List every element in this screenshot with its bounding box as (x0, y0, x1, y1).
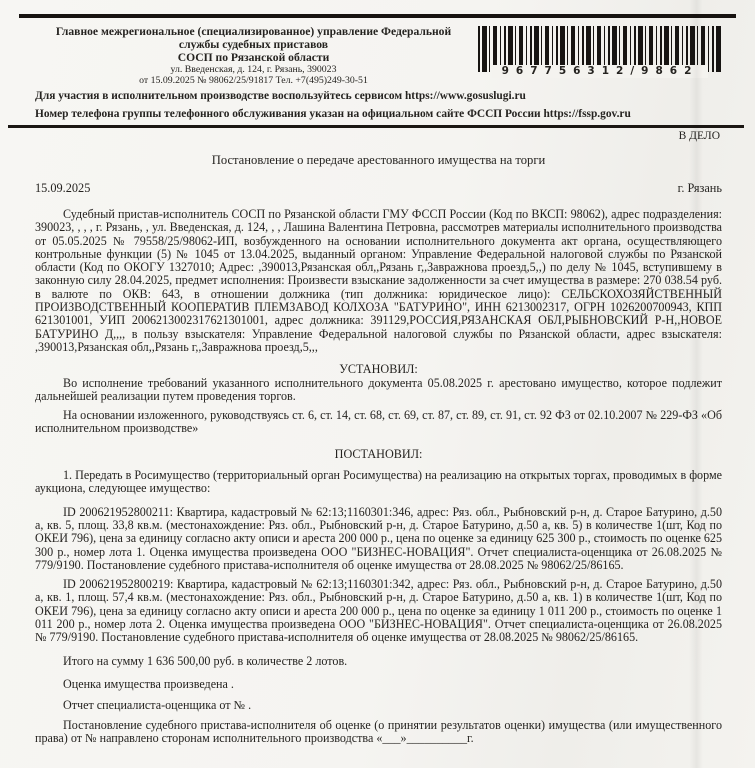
lot-item-1: ID 200621952800211: Квартира, кадастровы… (35, 506, 722, 572)
org-name-line2: службы судебных приставов (35, 38, 472, 51)
valuation-line: Оценка имущества произведена . (35, 678, 722, 691)
phone-notice: Номер телефона группы телефонного обслуж… (35, 107, 722, 122)
barcode-number: 967756312/9862 (492, 65, 708, 78)
document-body: Судебный пристав-исполнитель СОСП по Ряз… (35, 208, 722, 745)
closing-line: Постановление судебного пристава-исполни… (35, 719, 722, 746)
ustanovil-heading: УСТАНОВИЛ: (35, 363, 722, 376)
ustanovil-paragraph-1: Во исполнение требований указанного испо… (35, 377, 722, 404)
issuing-org-block: Главное межрегиональное (специализирован… (35, 22, 478, 86)
org-name-line1: Главное межрегиональное (специализирован… (35, 25, 472, 38)
document-title: Постановление о передаче арестованного и… (35, 153, 722, 167)
total-line: Итого на сумму 1 636 500,00 руб. в колич… (35, 655, 722, 668)
org-address: ул. Введенская, д. 124, г. Рязань, 39002… (35, 64, 472, 75)
barcode: 967756312/9862 (478, 26, 722, 78)
report-line: Отчет специалиста-оценщика от № . (35, 699, 722, 712)
document-page: Главное межрегиональное (специализирован… (0, 0, 755, 768)
postanovil-intro: 1. Передать в Росимущество (территориаль… (35, 469, 722, 496)
gosuslugi-notice: Для участия в исполнительном производств… (35, 89, 722, 104)
org-name-line3: СОСП по Рязанской области (35, 51, 472, 64)
intro-paragraph: Судебный пристав-исполнитель СОСП по Ряз… (35, 208, 722, 354)
date-city-row: 15.09.2025 г. Рязань (35, 181, 722, 195)
top-border-line (19, 14, 736, 18)
header-divider-line (8, 125, 744, 128)
document-city: г. Рязань (678, 181, 722, 195)
postanovil-heading: ПОСТАНОВИЛ: (35, 448, 722, 461)
lot-item-2: ID 200621952800219: Квартира, кадастровы… (35, 578, 722, 644)
ustanovil-paragraph-2: На основании изложенного, руководствуясь… (35, 409, 722, 436)
document-date: 15.09.2025 (35, 181, 90, 195)
case-file-mark: В ДЕЛО (35, 130, 722, 143)
letterhead: Главное межрегиональное (специализирован… (35, 22, 722, 86)
document-ref-line: от 15.09.2025 № 98062/25/91817 Тел. +7(4… (35, 75, 472, 86)
